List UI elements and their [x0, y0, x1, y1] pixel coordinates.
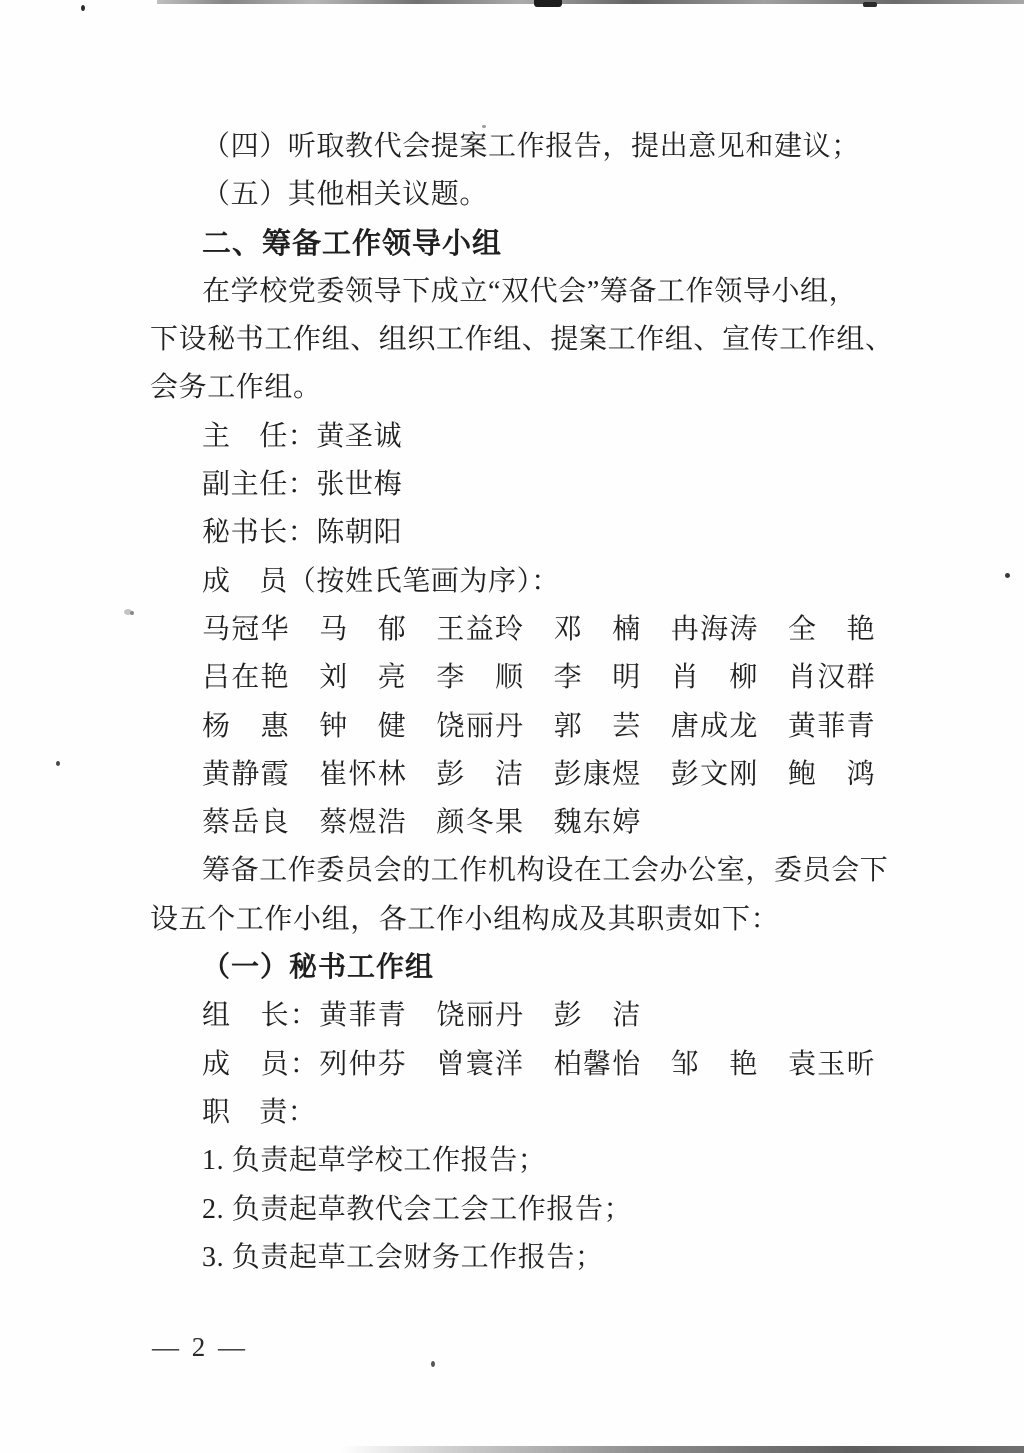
text-line-duty-2: 2. 负责起草教代会工会工作报告； [150, 1186, 890, 1234]
text-line-members-label: 成 员（按姓氏笔画为序）： [150, 558, 890, 606]
scan-mark-top-right [863, 2, 877, 7]
text-line-secretary-general: 秘书长：陈朝阳 [150, 509, 890, 557]
text-line-paragraph: 设五个工作小组，各工作小组构成及其职责如下： [150, 896, 890, 944]
scan-edge-smudge-bottom [340, 1446, 1024, 1453]
text-line-duty-1: 1. 负责起草学校工作报告； [150, 1137, 890, 1185]
page-number: — 2 — [152, 1332, 248, 1363]
scan-speck [130, 611, 134, 615]
text-line-paragraph: 下设秘书工作组、组织工作组、提案工作组、宣传工作组、 [150, 316, 890, 364]
text-line-director: 主 任：黄圣诚 [150, 413, 890, 461]
text-line-group-leaders: 组 长：黄菲青 饶丽丹 彭 洁 [150, 992, 890, 1040]
member-name-row: 吕在艳 刘 亮 李 顺 李 明 肖 柳 肖汉群 [150, 654, 890, 702]
text-line-paragraph: 在学校党委领导下成立“双代会”筹备工作领导小组， [150, 268, 890, 316]
section-heading-2: 二、筹备工作领导小组 [150, 220, 890, 268]
document-body: （四）听取教代会提案工作报告，提出意见和建议； （五）其他相关议题。 二、筹备工… [150, 123, 890, 1282]
text-line-deputy-director: 副主任：张世梅 [150, 461, 890, 509]
scan-speck [81, 5, 85, 11]
scan-blob-top [534, 0, 562, 7]
scan-edge-smudge-top [157, 0, 1024, 4]
text-line-duties-label: 职 责： [150, 1089, 890, 1137]
scanned-document-page: （四）听取教代会提案工作报告，提出意见和建议； （五）其他相关议题。 二、筹备工… [0, 0, 1024, 1453]
member-name-row: 蔡岳良 蔡煜浩 颜冬果 魏东婷 [150, 799, 890, 847]
text-line-paragraph: 会务工作组。 [150, 364, 890, 412]
scan-speck [1005, 573, 1010, 578]
section-heading-group-1: （一）秘书工作组 [150, 944, 890, 992]
member-name-row: 杨 惠 钟 健 饶丽丹 郭 芸 唐成龙 黄菲青 [150, 703, 890, 751]
scan-speck [124, 609, 132, 615]
member-name-row: 马冠华 马 郁 王益玲 邓 楠 冉海涛 全 艳 [150, 606, 890, 654]
text-line-paragraph: 筹备工作委员会的工作机构设在工会办公室，委员会下 [150, 847, 890, 895]
scan-speck [431, 1361, 435, 1367]
text-line-duty-3: 3. 负责起草工会财务工作报告； [150, 1234, 890, 1282]
scan-speck [56, 761, 60, 766]
text-line-group-members: 成 员：列仲芬 曾寰洋 柏馨怡 邹 艳 袁玉昕 [150, 1041, 890, 1089]
text-line-item-4: （四）听取教代会提案工作报告，提出意见和建议； [150, 123, 890, 171]
text-line-item-5: （五）其他相关议题。 [150, 171, 890, 219]
member-name-row: 黄静霞 崔怀林 彭 洁 彭康煜 彭文刚 鲍 鸿 [150, 751, 890, 799]
